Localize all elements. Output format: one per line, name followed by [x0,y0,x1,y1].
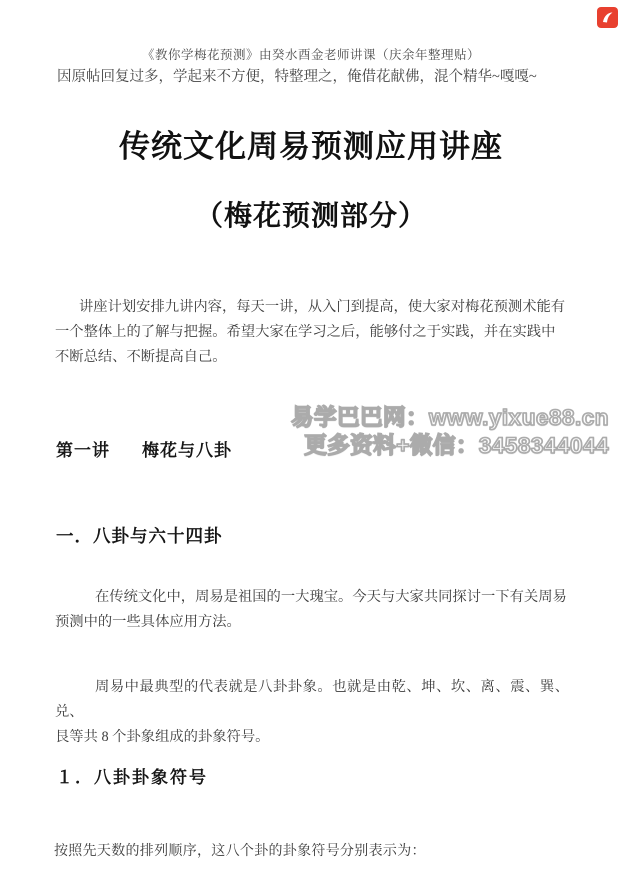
section-1-heading: 一．八卦与六十四卦 [56,523,223,548]
watermark-site-line: 易学巴巴网：www.yixue88.cn [291,404,609,432]
subsection-1-heading: １．八卦卦象符号 [56,763,208,788]
tradition-paragraph: 在传统文化中，周易是祖国的一大瑰宝。今天与大家共同探讨一下有关周易 预测中的一些… [55,585,569,635]
page-subtitle: （梅花预测部分） [0,194,622,234]
document-editor-note: 因原帖回复过多，学起来不方便，特整理之，俺借花献佛，混个精华~嘎嘎~ [57,65,577,86]
watermark-contact-line: 更多资料+微信：3458344044 [291,432,609,460]
lecture-title: 梅花与八卦 [142,441,232,460]
page-title: 传统文化周易预测应用讲座 [0,121,622,166]
bookmark-badge-icon [597,7,618,28]
lecture-1-heading: 第一讲梅花与八卦 [56,436,232,461]
document-page: 《教你学梅花预测》由癸水酉金老师讲课（庆余年整理贴） 因原帖回复过多，学起来不方… [0,0,622,880]
intro-paragraph: 讲座计划安排九讲内容，每天一讲，从入门到提高，使大家对梅花预测术能有 一个整体上… [55,295,569,371]
closing-line: 按照先天数的排列顺序，这八个卦的卦象符号分别表示为： [54,840,574,860]
bagua-paragraph: 周易中最典型的代表就是八卦卦象。也就是由乾、坤、坎、离、震、巽、兑、 艮等共 8… [55,675,569,751]
lecture-number: 第一讲 [56,441,110,460]
site-watermark: 易学巴巴网：www.yixue88.cn 更多资料+微信：3458344044 [291,404,609,460]
document-source-note: 《教你学梅花预测》由癸水酉金老师讲课（庆余年整理贴） [0,45,622,63]
badge-glyph [601,11,614,24]
